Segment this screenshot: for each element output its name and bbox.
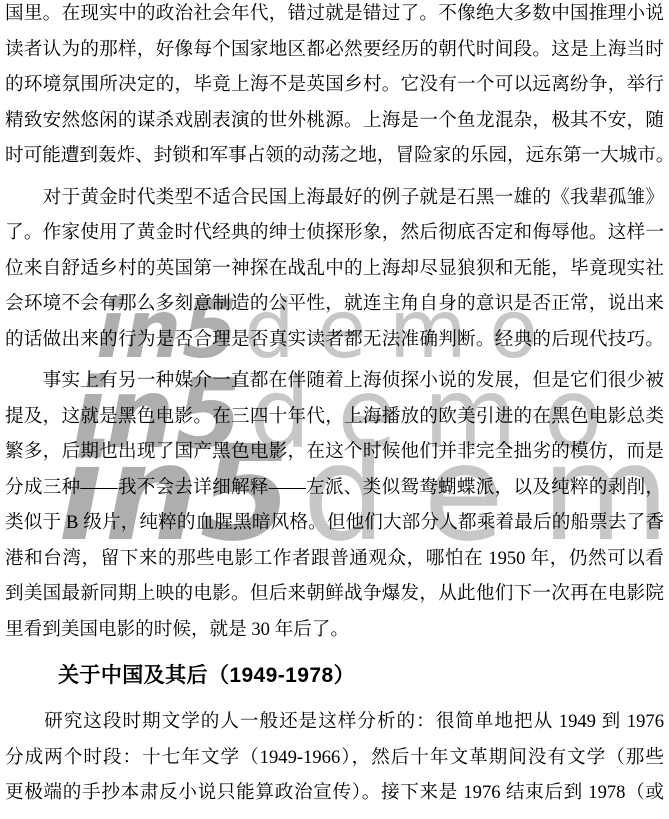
text-line: 类似于 B 级片，纯粹的血腥黑暗风格。但他们大部分人都乘着最后的船票去了香 [5, 505, 664, 541]
paragraph: 研究这段时期文学的人一般还是这样分析的：很简单地把从 1949 到 1976分成… [5, 704, 664, 811]
document-page: in5demoin5demoin5demo 国里。在现实中的政治社会年代，错过就… [0, 0, 669, 819]
text-line: 读者认为的那样，好像每个国家地区都必然要经历的朝代时间段。这是上海当时 [5, 32, 664, 68]
text-line: 提及，这就是黑色电影。在三四十年代，上海播放的欧美引进的在黑色电影总类 [5, 399, 664, 435]
text-line: 到美国最新同期上映的电影。但后来朝鲜战争爆发，从此他们下一次再在电影院 [5, 576, 664, 612]
text-line: 分成两个时段：十七年文学（1949-1966），然后十年文革期间没有文学（那些 [5, 740, 664, 776]
text-line: 国里。在现实中的政治社会年代，错过就是错过了。不像绝大多数中国推理小说 [5, 0, 664, 32]
text-line: 的环境氛围所决定的，毕竟上海不是英国乡村。它没有一个可以远离纷争，举行 [5, 67, 664, 103]
text-line: 事实上有另一种媒介一直都在伴随着上海侦探小说的发展，但是它们很少被 [5, 363, 664, 399]
text-line: 更极端的手抄本肃反小说只能算政治宣传）。接下来是 1976 结束后到 1978（… [5, 775, 664, 811]
text-line: 分成三种——我不会去详细解释——左派、类似鸳鸯蝴蝶派，以及纯粹的剥削， [5, 470, 664, 506]
text-line: 时可能遭到轰炸、封锁和军事占领的动荡之地，冒险家的乐园，远东第一大城市。 [5, 138, 664, 174]
text-line: 了。作家使用了黄金时代经典的绅士侦探形象，然后彻底否定和侮辱他。这样一 [5, 215, 664, 251]
paragraph: 国里。在现实中的政治社会年代，错过就是错过了。不像绝大多数中国推理小说读者认为的… [5, 0, 664, 174]
text-line: 里看到美国电影的时候，就是 30 年后了。 [5, 612, 664, 648]
paragraph: 对于黄金时代类型不适合民国上海最好的例子就是石黑一雄的《我辈孤雏》了。作家使用了… [5, 180, 664, 358]
text-line: 的话做出来的行为是否合理是否真实读者都无法准确判断。经典的后现代技巧。 [5, 322, 664, 358]
text-line: 港和台湾，留下来的那些电影工作者跟普通观众，哪怕在 1950 年，仍然可以看 [5, 541, 664, 577]
text-line: 精致安然悠闲的谋杀戏剧表演的世外桃源。上海是一个鱼龙混杂，极其不安，随 [5, 103, 664, 139]
document-content: 国里。在现实中的政治社会年代，错过就是错过了。不像绝大多数中国推理小说读者认为的… [5, 0, 664, 817]
text-line: 研究这段时期文学的人一般还是这样分析的：很简单地把从 1949 到 1976 [5, 704, 664, 740]
text-line: 对于黄金时代类型不适合民国上海最好的例子就是石黑一雄的《我辈孤雏》 [5, 180, 664, 216]
paragraph: 事实上有另一种媒介一直都在伴随着上海侦探小说的发展，但是它们很少被提及，这就是黑… [5, 363, 664, 647]
section-heading: 关于中国及其后（1949-1978） [5, 661, 664, 691]
text-line: 繁多，后期也出现了国产黑色电影，在这个时候他们并非完全拙劣的模仿，而是 [5, 434, 664, 470]
text-line: 位来自舒适乡村的英国第一神探在战乱中的上海却尽显狼狈和无能，毕竟现实社 [5, 251, 664, 287]
text-line: 会环境不会有那么多刻意制造的公平性，就连主角自身的意识是否正常，说出来 [5, 286, 664, 322]
